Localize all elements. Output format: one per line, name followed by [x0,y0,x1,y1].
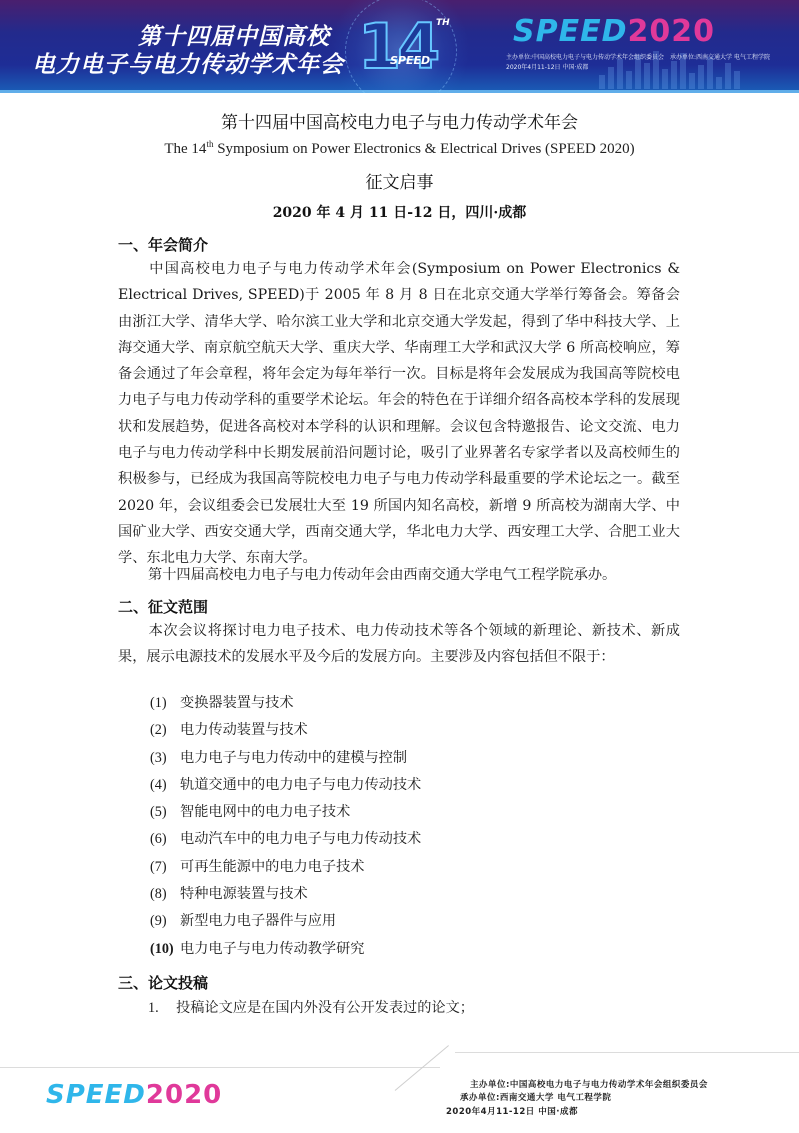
badge-text: SPEED [390,54,430,67]
intro-paragraph: 中国高校电力电子与电力传动学术年会(Symposium on Power Ele… [118,256,680,572]
logo-word: SPEED [513,14,627,49]
topic-item: (9)新型电力电子器件与应用 [150,908,421,935]
host-paragraph: 第十四届高校电力电子与电力传动年会由西南交通大学电气工程学院承办。 [118,562,680,588]
intro-paragraph-text: 中国高校电力电子与电力传动学术年会(Symposium on Power Ele… [118,261,680,566]
badge-suffix: TH [436,18,450,28]
call-for-papers-title: 征文启事 [0,168,799,193]
footer-speed2020-logo: SPEED2020 [46,1080,222,1110]
topic-number: (10) [150,936,180,963]
topic-text: 电力电子与电力传动教学研究 [180,941,364,957]
title-en-prefix: The 14 [164,141,206,157]
host-paragraph-text: 第十四届高校电力电子与电力传动年会由西南交通大学电气工程学院承办。 [148,567,616,583]
topic-number: (8) [150,881,180,908]
footer-diagonal-divider [395,1045,449,1091]
title-en-suffix: Symposium on Power Electronics & Electri… [213,141,634,157]
topic-number: (6) [150,826,180,853]
section-heading-submission: 三、论文投稿 [118,972,208,993]
scope-paragraph-text: 本次会议将探讨电力电子技术、电力传动技术等各个领域的新理论、新技术、新成果，展示… [118,623,680,665]
badge-number: 14 [358,10,436,83]
topic-number: (9) [150,908,180,935]
topic-number: (5) [150,799,180,826]
topic-number: (1) [150,690,180,717]
topic-item: (2)电力传动装置与技术 [150,717,421,744]
topic-item: (6)电动汽车中的电力电子与电力传动技术 [150,826,421,853]
submission-item-number: 1. [148,1000,176,1017]
topic-text: 智能电网中的电力电子技术 [180,804,350,820]
topic-item: (1)变换器装置与技术 [150,690,421,717]
edition-badge: 14 TH SPEED [358,18,444,74]
topic-text: 电动汽车中的电力电子与电力传动技术 [180,831,421,847]
scope-paragraph: 本次会议将探讨电力电子技术、电力传动技术等各个领域的新理论、新技术、新成果，展示… [118,618,680,671]
banner-title-line2: 电力电子与电力传动学术年会 [32,46,344,79]
topics-list: (1)变换器装置与技术 (2)电力传动装置与技术 (3)电力电子与电力传动中的建… [150,690,421,963]
topic-text: 电力传动装置与技术 [180,722,308,738]
logo-year: 2020 [627,14,715,49]
topic-item: (7)可再生能源中的电力电子技术 [150,854,421,881]
submission-item: 1.投稿论文应是在国内外没有公开发表过的论文； [148,997,474,1017]
topic-text: 特种电源装置与技术 [180,886,308,902]
topic-item: (10)电力电子与电力传动教学研究 [150,936,421,963]
footer-divider-left [0,1067,440,1068]
topic-item: (5)智能电网中的电力电子技术 [150,799,421,826]
topic-number: (3) [150,745,180,772]
footer-logo-word: SPEED [46,1080,146,1110]
footer-divider-right [455,1052,799,1053]
section-heading-scope: 二、征文范围 [118,596,208,617]
footer-host: 承办单位:西南交通大学 电气工程学院 [460,1091,611,1103]
topic-item: (3)电力电子与电力传动中的建模与控制 [150,745,421,772]
topic-text: 电力电子与电力传动中的建模与控制 [180,750,407,766]
topic-text: 新型电力电子器件与应用 [180,913,336,929]
footer-logo-year: 2020 [146,1080,222,1110]
topic-text: 变换器装置与技术 [180,695,294,711]
page-footer: SPEED2020 主办单位:中国高校电力电子与电力传动学术年会组织委员会 承办… [0,1050,799,1133]
banner-date: 2020年4月11-12日 中国·成都 [506,62,588,71]
document-title-cn: 第十四届中国高校电力电子与电力传动学术年会 [0,108,799,133]
document-title-en: The 14th Symposium on Power Electronics … [0,139,799,158]
topic-number: (2) [150,717,180,744]
footer-date-place: 2020年4月11-12日 中国·成都 [446,1105,578,1117]
conference-date-place: 2020 年 4 月 11 日-12 日，四川·成都 [0,202,799,222]
topic-text: 可再生能源中的电力电子技术 [180,859,364,875]
header-banner: 第十四届中国高校 电力电子与电力传动学术年会 14 TH SPEED SPEED… [0,0,799,93]
topic-number: (7) [150,854,180,881]
speed2020-logo: SPEED2020 [513,14,715,49]
footer-organizer: 主办单位:中国高校电力电子与电力传动学术年会组织委员会 [470,1078,708,1090]
topic-item: (8)特种电源装置与技术 [150,881,421,908]
topic-text: 轨道交通中的电力电子与电力传动技术 [180,777,421,793]
section-heading-intro: 一、年会简介 [118,234,208,255]
submission-item-text: 投稿论文应是在国内外没有公开发表过的论文； [176,1000,474,1016]
banner-organizer: 主办单位:中国高校电力电子与电力传动学术年会组织委员会 承办单位:西南交通大学 … [506,52,770,61]
topic-item: (4)轨道交通中的电力电子与电力传动技术 [150,772,421,799]
topic-number: (4) [150,772,180,799]
